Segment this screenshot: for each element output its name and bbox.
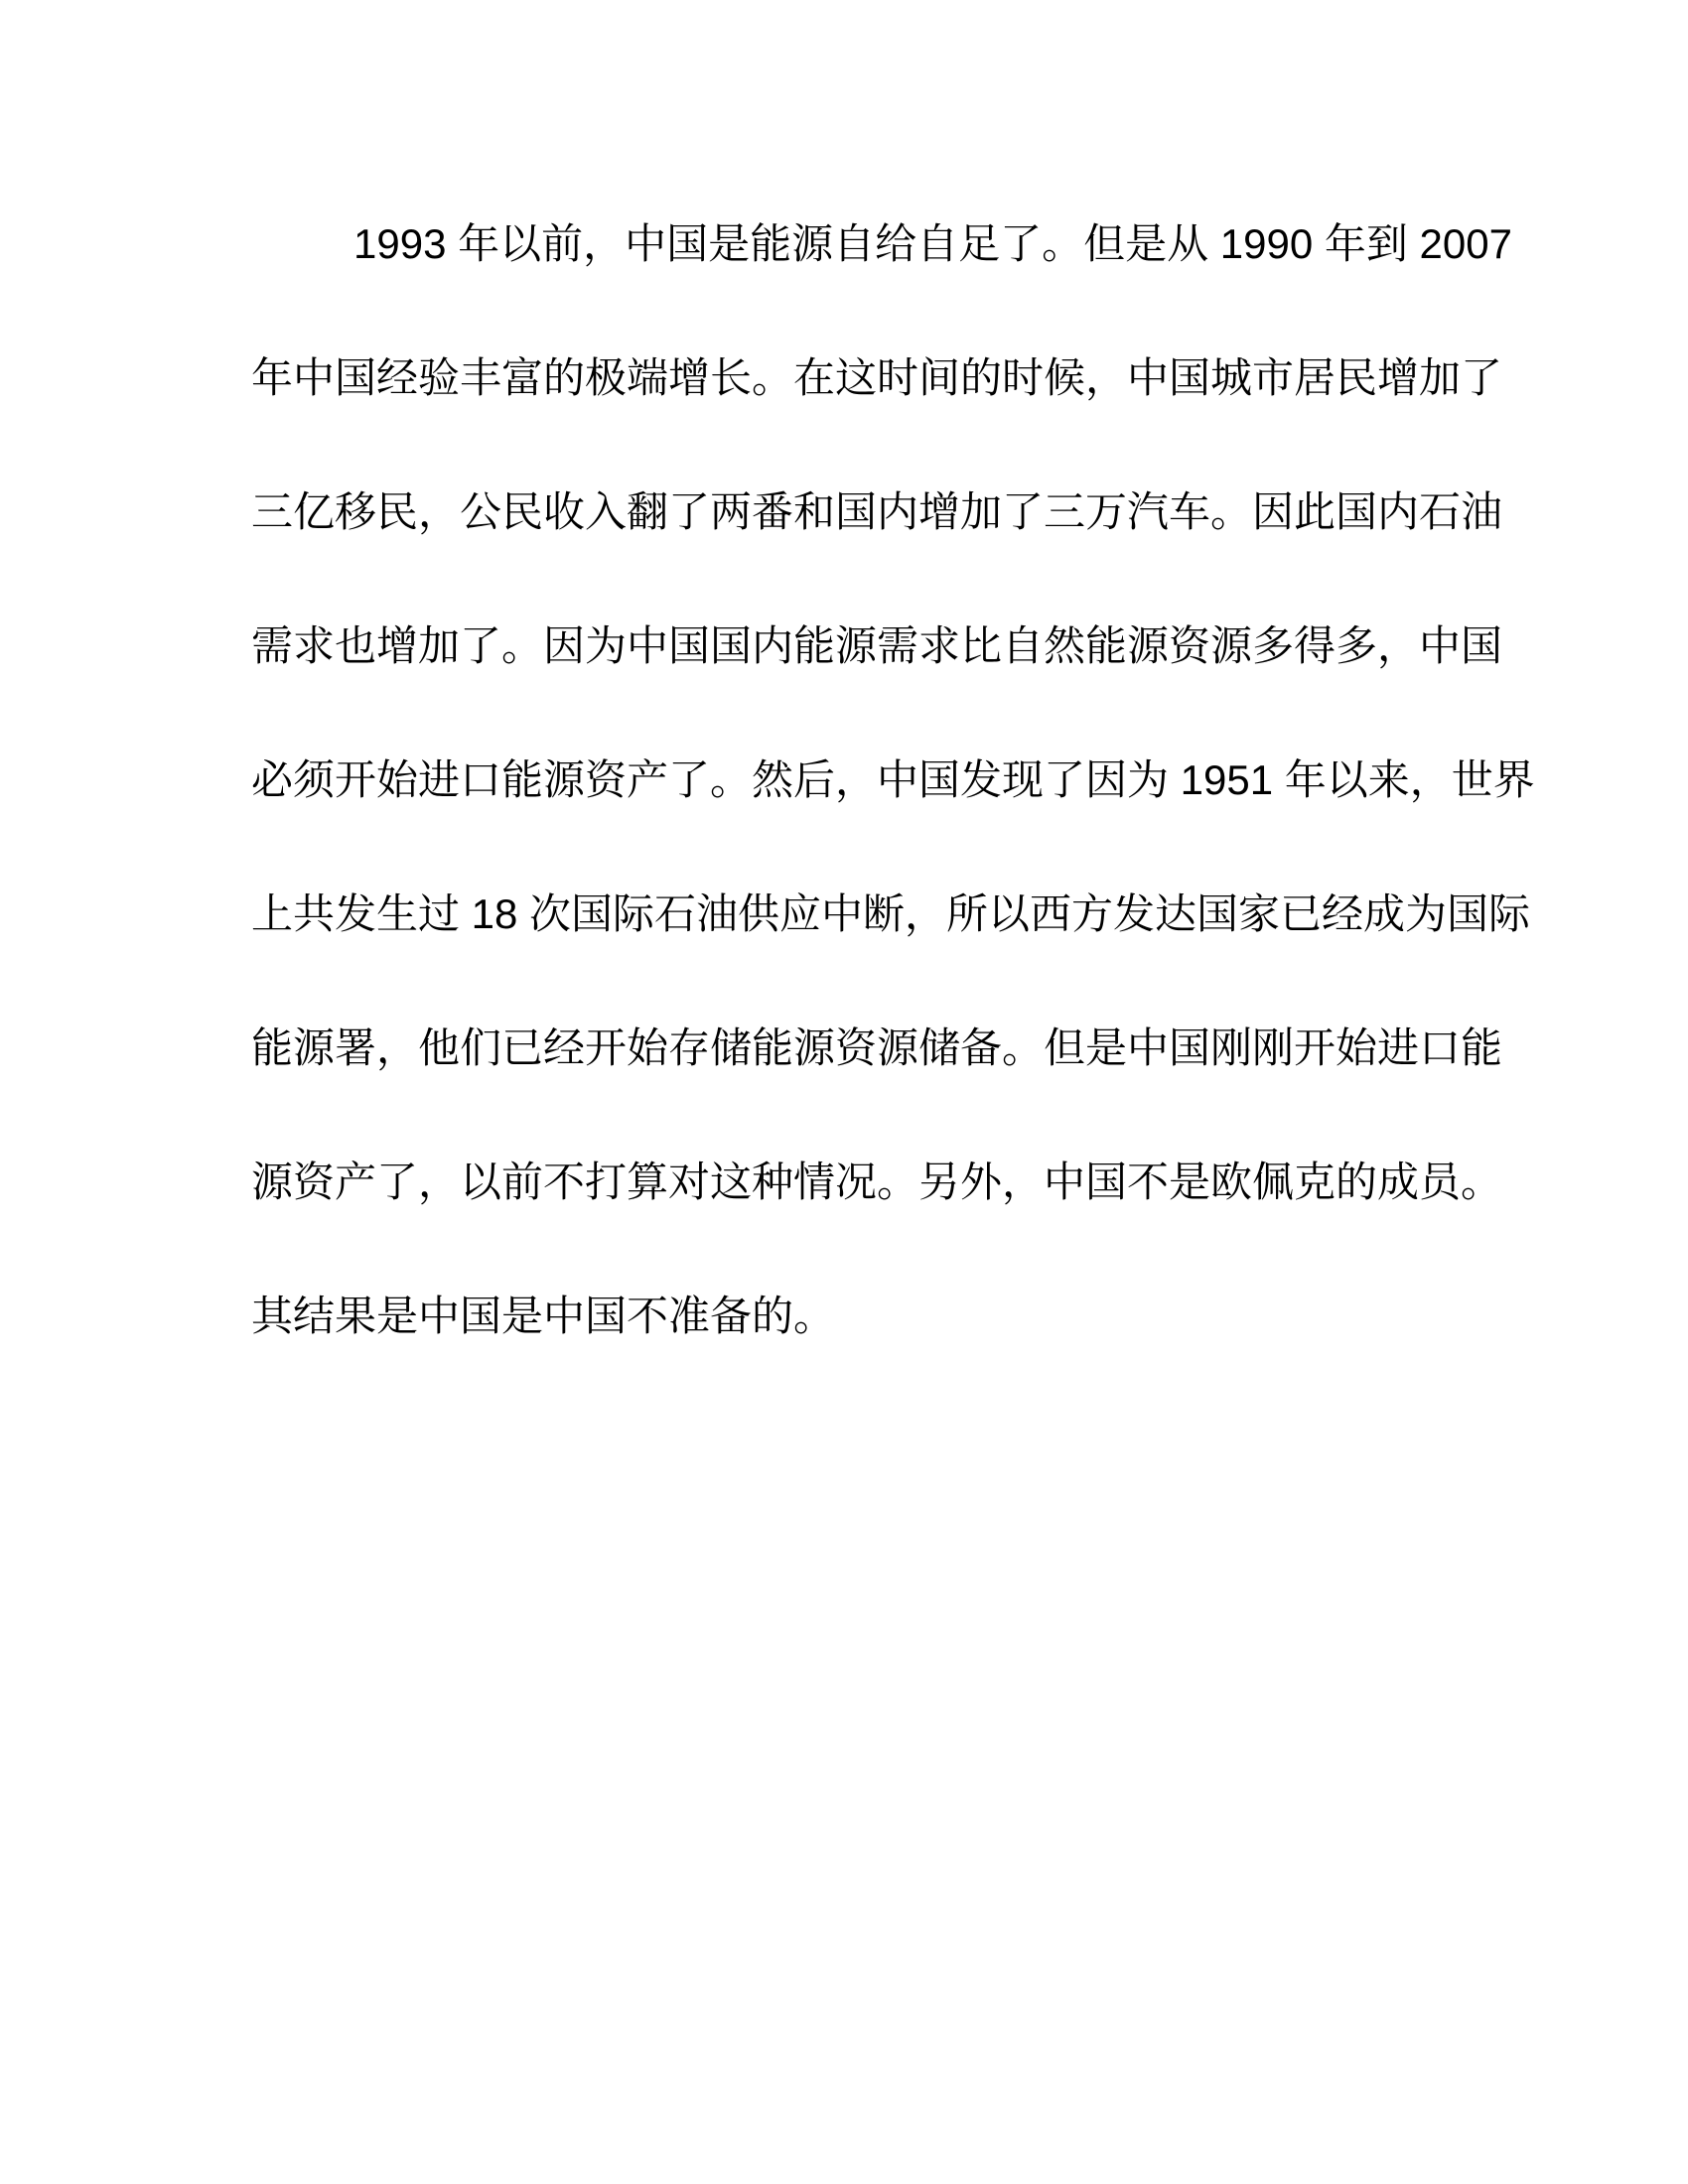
text-line: 三亿移民，公民收入翻了两番和国内增加了三万汽车。因此国内石油 xyxy=(251,445,1542,579)
text-line: 上共发生过 18 次国际石油供应中断，所以西方发达国家已经成为国际 xyxy=(251,847,1542,981)
text-line: 必须开始进口能源资产了。然后，中国发现了因为 1951 年以来，世界 xyxy=(251,713,1542,847)
document-page: 1993 年以前，中国是能源自给自足了。但是从 1990 年到 2007年中国经… xyxy=(0,0,1688,2184)
text-line: 能源署，他们已经开始存储能源资源储备。但是中国刚刚开始进口能 xyxy=(251,981,1542,1115)
essay-paragraph: 1993 年以前，中国是能源自给自足了。但是从 1990 年到 2007年中国经… xyxy=(251,177,1542,1383)
text-line: 其结果是中国是中国不准备的。 xyxy=(251,1249,1542,1383)
text-line: 需求也增加了。因为中国国内能源需求比自然能源资源多得多，中国 xyxy=(251,579,1542,713)
text-line: 源资产了，以前不打算对这种情况。另外，中国不是欧佩克的成员。 xyxy=(251,1115,1542,1249)
text-line: 年中国经验丰富的极端增长。在这时间的时候，中国城市居民增加了 xyxy=(251,311,1542,445)
text-line: 1993 年以前，中国是能源自给自足了。但是从 1990 年到 2007 xyxy=(251,177,1542,311)
